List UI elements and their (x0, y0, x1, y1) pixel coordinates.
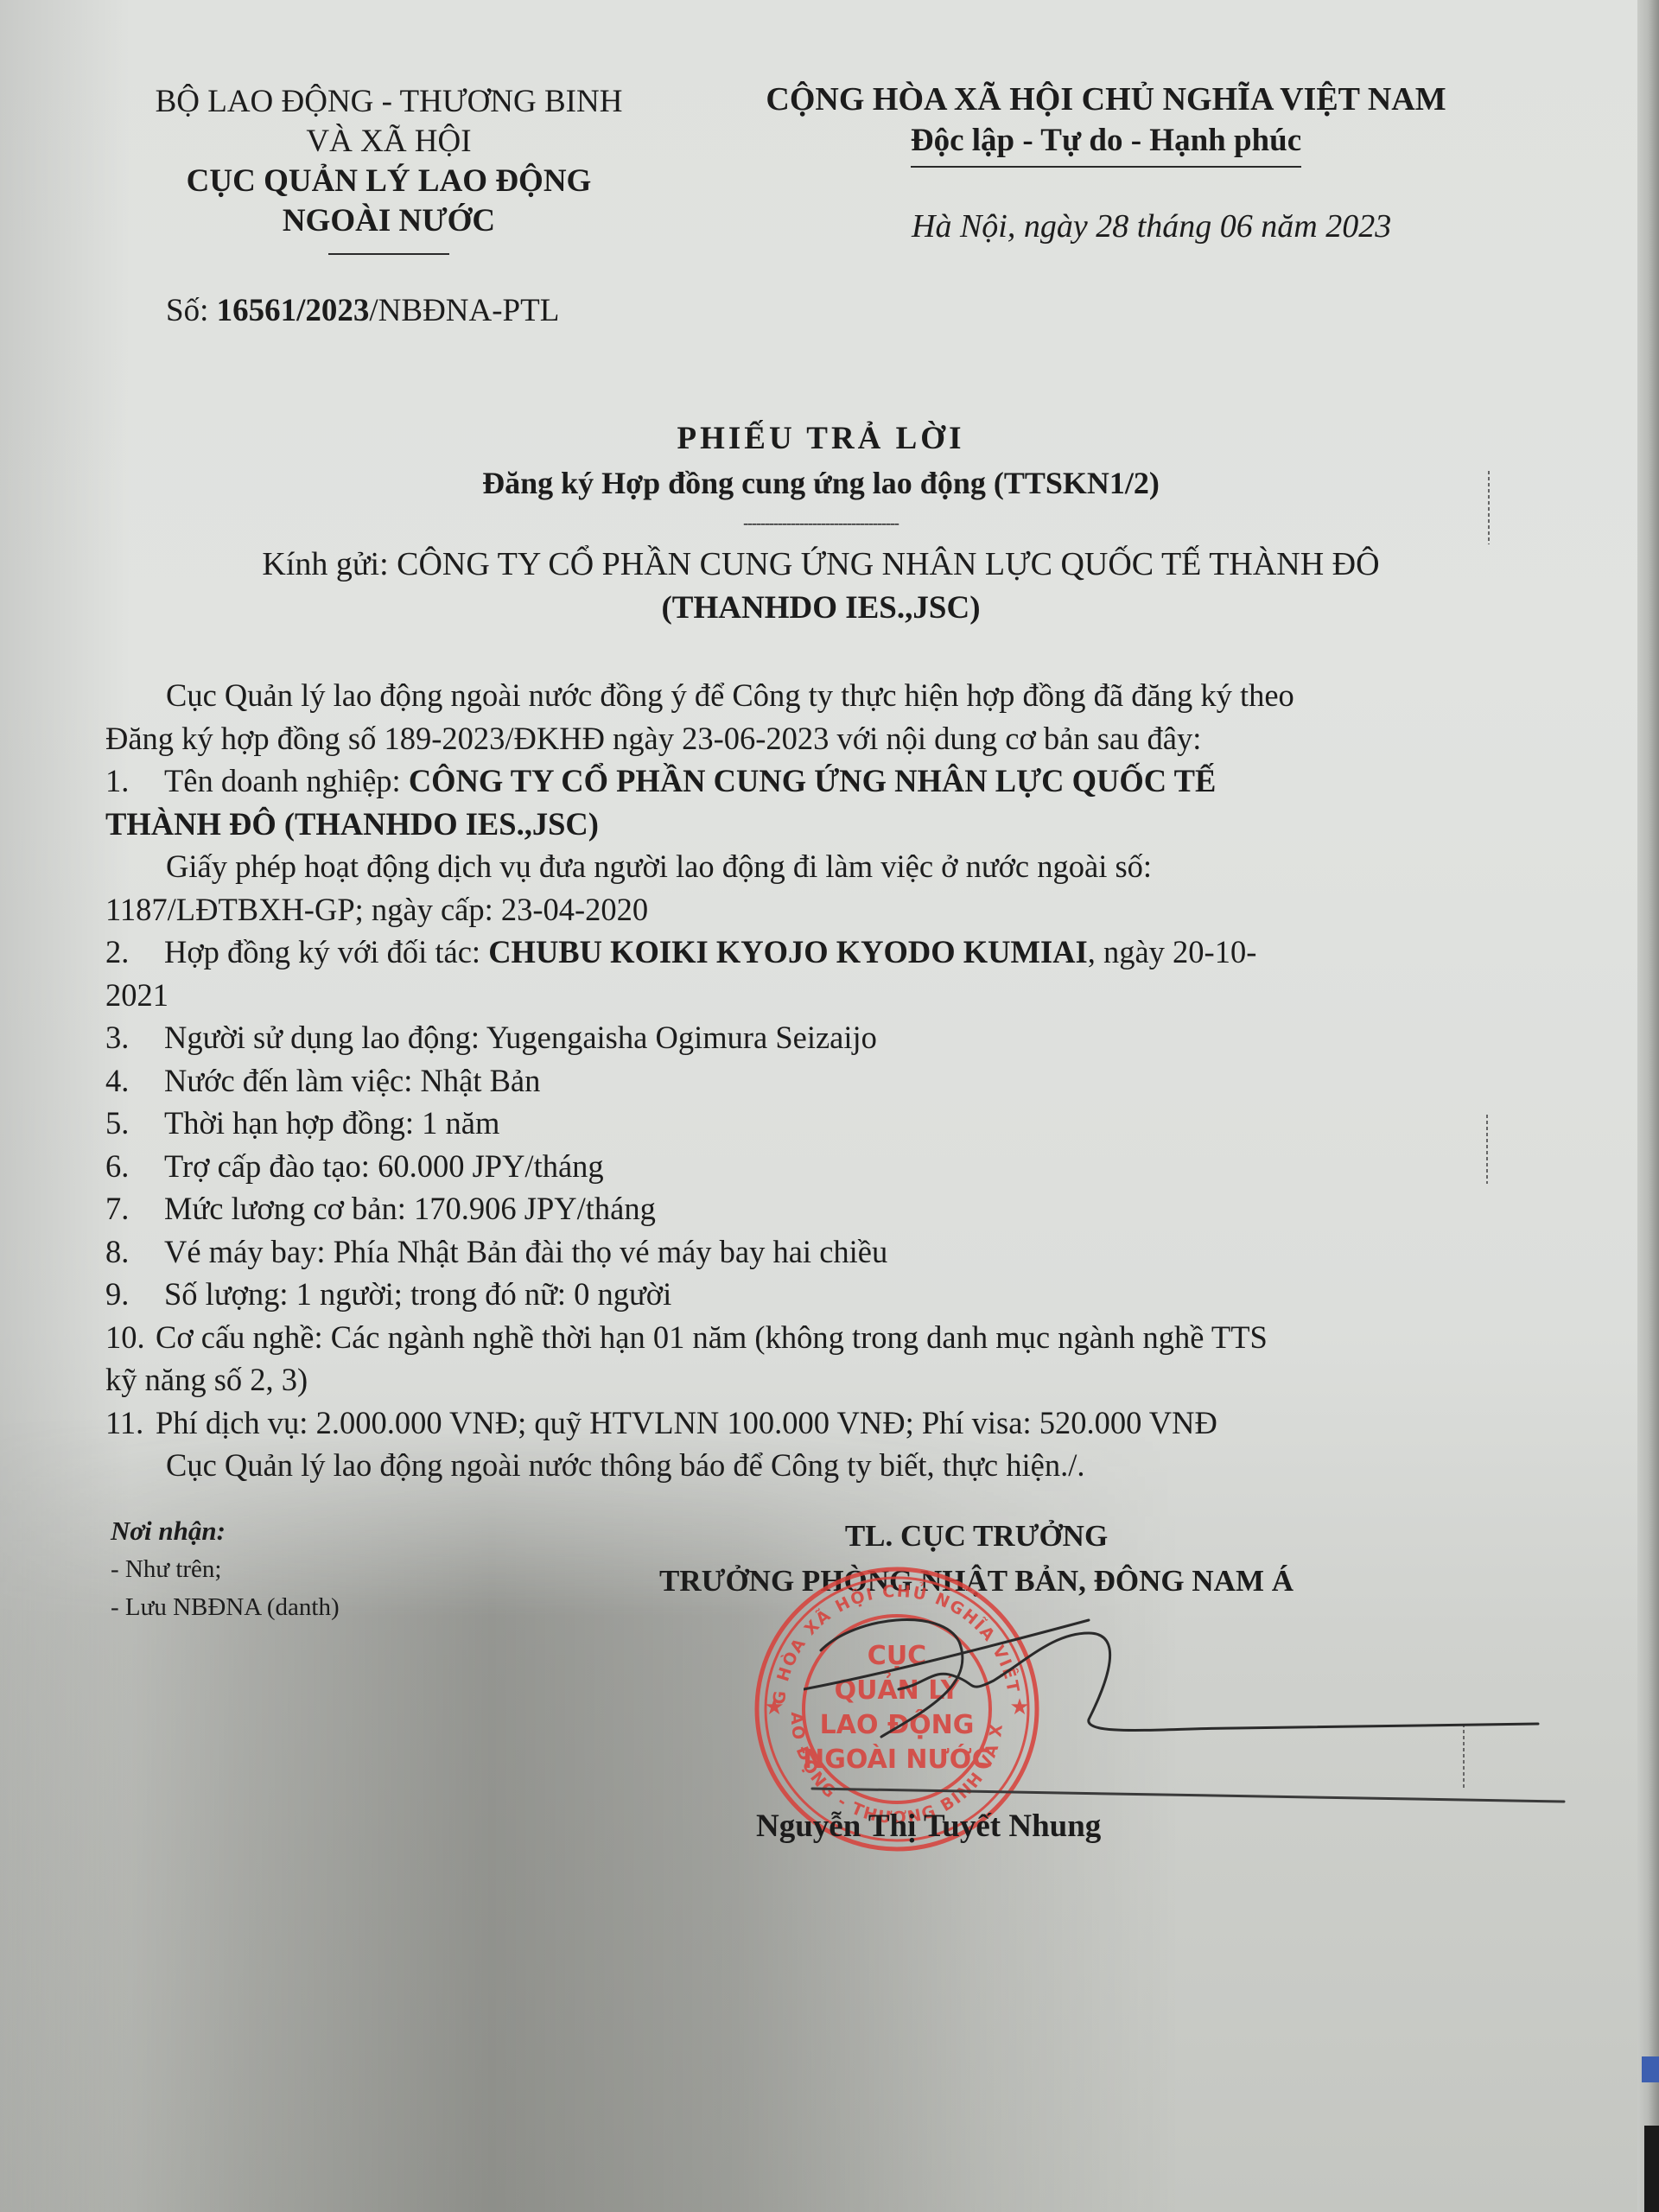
list-item-fees: 11.Phí dịch vụ: 2.000.000 VNĐ; quỹ HTVLN… (105, 1402, 1505, 1445)
list-item-destination: 4.Nước đến làm việc: Nhật Bản (105, 1059, 1505, 1103)
addressee-abbreviation: (THANHDO IES.,JSC) (130, 587, 1512, 630)
ref-number-value: 16561/2023 (217, 293, 370, 328)
item-label: Thời hạn hợp đồng: (164, 1105, 422, 1141)
document-title: PHIẾU TRẢ LỜI (130, 417, 1512, 461)
item-value: Nhật Bản (421, 1063, 541, 1098)
item-label: Mức lương cơ bản: (164, 1191, 414, 1226)
department-name-line1: CỤC QUẢN LÝ LAO ĐỘNG (112, 162, 665, 201)
list-item-airfare: 8.Vé máy bay: Phía Nhật Bản đài thọ vé m… (105, 1230, 1505, 1274)
ref-label: Số: (166, 293, 217, 328)
item-number: 10. (105, 1316, 156, 1359)
title-separator: ------------------------------------ (130, 505, 1512, 540)
recipient-line: - Như trên; (111, 1550, 340, 1588)
header-divider (328, 253, 449, 255)
list-item-occupation: 10.Cơ cấu nghề: Các ngành nghề thời hạn … (105, 1316, 1505, 1359)
handwritten-signature (804, 1607, 1581, 1815)
list-item-employer: 3.Người sử dụng lao động: Yugengaisha Og… (105, 1016, 1505, 1059)
item-label: Người sử dụng lao động: (164, 1020, 486, 1055)
reference-number: Số: 16561/2023/NBĐNA-PTL (166, 292, 559, 329)
item-label: Cơ cấu nghề: (156, 1319, 331, 1355)
ministry-name-line2: VÀ XÃ HỘI (112, 122, 665, 162)
list-item-partner: 2.Hợp đồng ký với đối tác: CHUBU KOIKI K… (105, 931, 1505, 974)
signer-name: Nguyễn Thị Tuyết Nhung (756, 1808, 1101, 1845)
item-number: 3. (105, 1016, 164, 1059)
department-name-line2: NGOÀI NƯỚC (112, 201, 665, 241)
issuing-authority: BỘ LAO ĐỘNG - THƯƠNG BINH VÀ XÃ HỘI CỤC … (112, 82, 665, 255)
intro-line-1: Cục Quản lý lao động ngoài nước đồng ý đ… (105, 674, 1505, 717)
recipients-label: Nơi nhận: (111, 1512, 340, 1550)
nation-title: CỘNG HÒA XÃ HỘI CHỦ NGHĨA VIỆT NAM (709, 78, 1503, 121)
background-object (1642, 2056, 1659, 2082)
item-value: 2.000.000 VNĐ; quỹ HTVLNN 100.000 VNĐ; P… (316, 1405, 1217, 1440)
item-number: 6. (105, 1145, 164, 1188)
item-label: Hợp đồng ký với đối tác: (164, 934, 488, 969)
paper-right-edge (1637, 0, 1659, 2212)
item-value: 1 năm (422, 1105, 499, 1141)
list-item-company-name: 1.Tên doanh nghiệp: CÔNG TY CỔ PHẦN CUNG… (105, 760, 1505, 803)
item-number: 1. (105, 760, 164, 803)
list-item-contract-term: 5.Thời hạn hợp đồng: 1 năm (105, 1102, 1505, 1145)
svg-text:★: ★ (764, 1694, 784, 1719)
item-suffix: , ngày 20-10- (1088, 934, 1257, 969)
item-value: Yugengaisha Ogimura Seizaijo (486, 1020, 877, 1055)
item-value-continued: kỹ năng số 2, 3) (105, 1358, 1505, 1402)
item-number: 8. (105, 1230, 164, 1274)
item-label: Trợ cấp đào tạo: (164, 1148, 378, 1184)
document-body: Cục Quản lý lao động ngoài nước đồng ý đ… (105, 674, 1505, 1487)
list-item-license: Giấy phép hoạt động dịch vụ đưa người la… (105, 845, 1505, 888)
item-value: CÔNG TY CỔ PHẦN CUNG ỨNG NHÂN LỰC QUỐC T… (409, 763, 1217, 798)
item-label: Số lượng: (164, 1276, 296, 1312)
item-value-continued: THÀNH ĐÔ (THANHDO IES.,JSC) (105, 803, 1505, 846)
ref-suffix: /NBĐNA-PTL (369, 293, 559, 328)
ministry-name-line1: BỘ LAO ĐỘNG - THƯƠNG BINH (112, 82, 665, 122)
item-value: CHUBU KOIKI KYOJO KYODO KUMIAI (488, 934, 1088, 969)
addressee: Kính gửi: CÔNG TY CỔ PHẦN CUNG ỨNG NHÂN … (130, 542, 1512, 587)
list-item-training-allowance: 6.Trợ cấp đào tạo: 60.000 JPY/tháng (105, 1145, 1505, 1188)
national-motto: Độc lập - Tự do - Hạnh phúc (911, 121, 1301, 168)
intro-line-2: Đăng ký hợp đồng số 189-2023/ĐKHĐ ngày 2… (105, 717, 1505, 760)
item-label: Vé máy bay: (164, 1234, 334, 1269)
document-title-block: PHIẾU TRẢ LỜI Đăng ký Hợp đồng cung ứng … (130, 417, 1512, 630)
item-value: 60.000 JPY/tháng (378, 1148, 604, 1184)
item-value: 170.906 JPY/tháng (414, 1191, 656, 1226)
document-subtitle: Đăng ký Hợp đồng cung ứng lao động (TTSK… (130, 461, 1512, 505)
item-number: 5. (105, 1102, 164, 1145)
item-value: Phía Nhật Bản đài thọ vé máy bay hai chi… (334, 1234, 888, 1269)
item-value: 1 người; trong đó nữ: 0 người (296, 1276, 672, 1312)
list-item-quantity: 9.Số lượng: 1 người; trong đó nữ: 0 ngườ… (105, 1273, 1505, 1316)
item-number: 7. (105, 1187, 164, 1230)
background-object (1644, 2126, 1659, 2212)
list-item-base-salary: 7.Mức lương cơ bản: 170.906 JPY/tháng (105, 1187, 1505, 1230)
item-number: 2. (105, 931, 164, 974)
item-value: Các ngành nghề thời hạn 01 năm (không tr… (331, 1319, 1268, 1355)
signer-authority: TL. CỤC TRƯỞNG (605, 1514, 1348, 1559)
item-label: Tên doanh nghiệp: (164, 763, 409, 798)
item-label: Phí dịch vụ: (156, 1405, 316, 1440)
national-header: CỘNG HÒA XÃ HỘI CHỦ NGHĨA VIỆT NAM Độc l… (709, 78, 1503, 168)
item-suffix-continued: 2021 (105, 974, 1505, 1017)
license-value: 1187/LĐTBXH-GP; ngày cấp: 23-04-2020 (105, 888, 1505, 931)
closing-statement: Cục Quản lý lao động ngoài nước thông bá… (105, 1444, 1505, 1487)
item-number: 9. (105, 1273, 164, 1316)
recipients-block: Nơi nhận: - Như trên; - Lưu NBĐNA (danth… (111, 1512, 340, 1626)
item-label: Nước đến làm việc: (164, 1063, 421, 1098)
item-number: 11. (105, 1402, 156, 1445)
item-number: 4. (105, 1059, 164, 1103)
place-and-date: Hà Nội, ngày 28 tháng 06 năm 2023 (912, 207, 1391, 245)
recipient-line: - Lưu NBĐNA (danth) (111, 1588, 340, 1626)
